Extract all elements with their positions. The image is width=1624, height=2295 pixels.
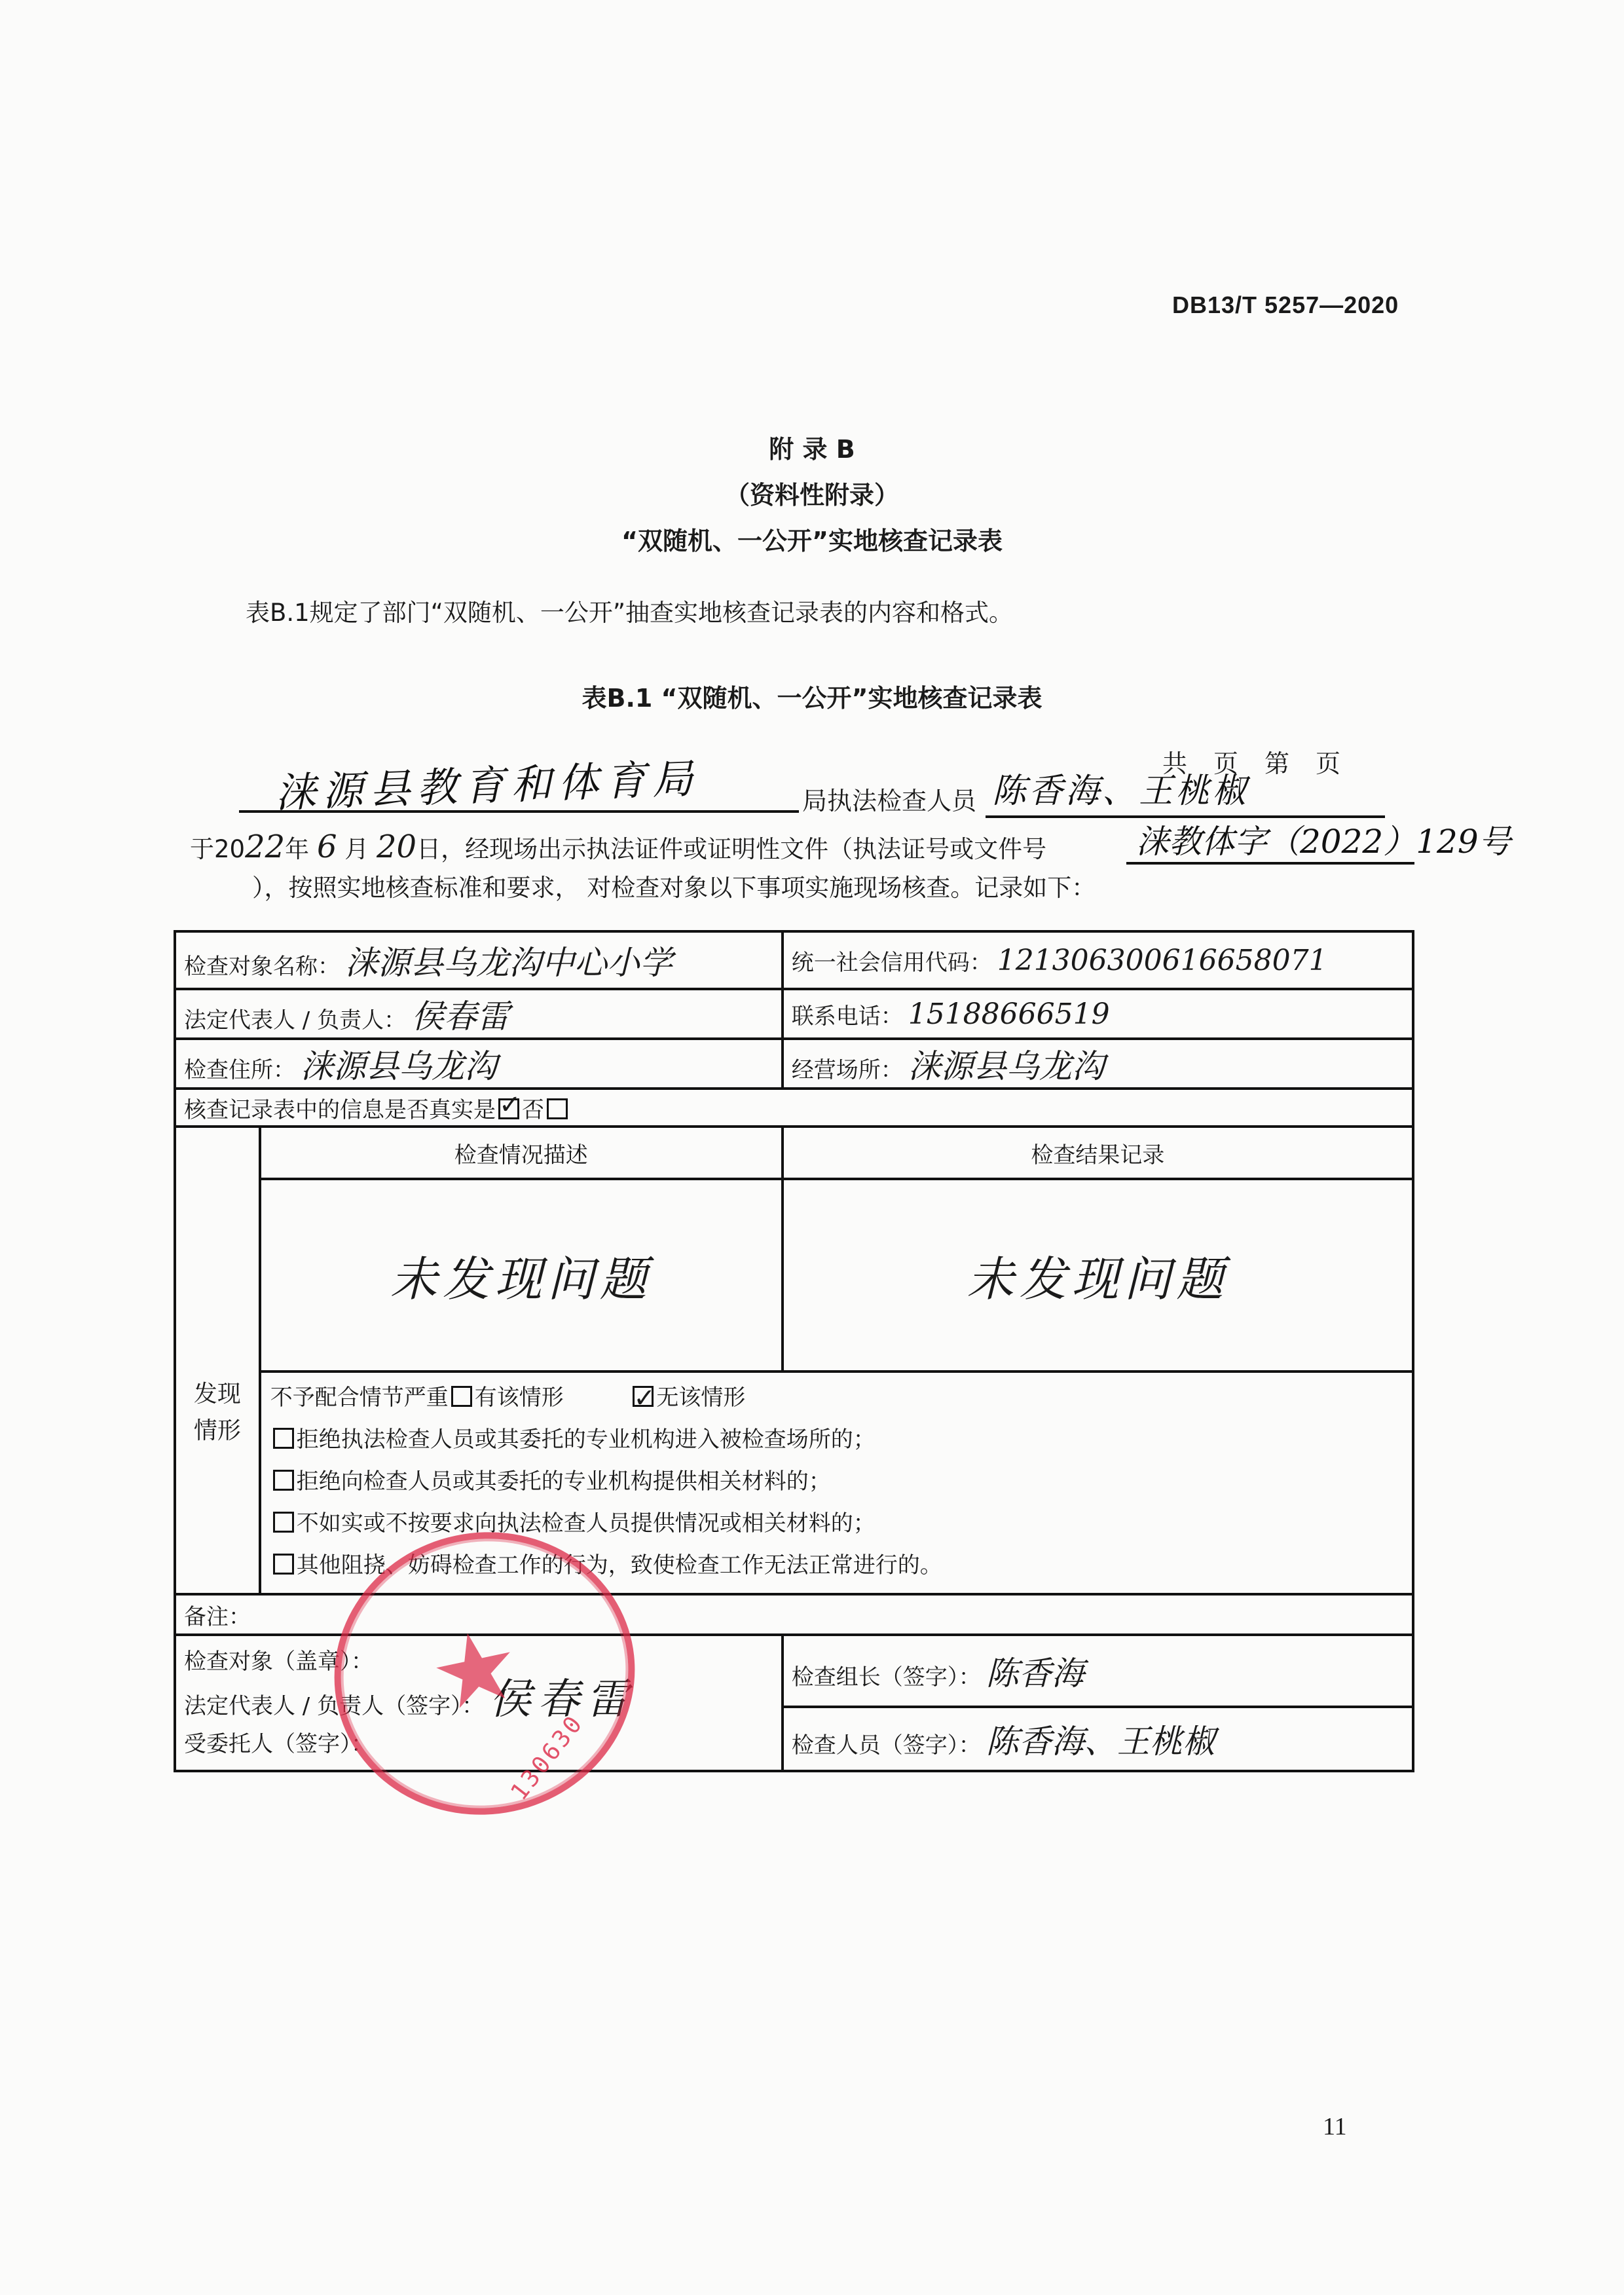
noncoop-none-label: 无该情形: [656, 1385, 745, 1411]
address-label: 检查住所：: [184, 1057, 295, 1083]
table-row: 核查记录表中的信息是否真实是否: [175, 1089, 1413, 1127]
business-place-cell[interactable]: 经营场所：涞源县乌龙沟: [783, 1039, 1413, 1089]
legal-rep-value: 侯春雷: [411, 998, 509, 1036]
table-row: 未发现问题 未发现问题: [175, 1179, 1413, 1371]
sig-subject-label: 检查对象（盖章）：: [184, 1643, 773, 1681]
condition-checkbox[interactable]: [273, 1554, 294, 1575]
noncoop-prefix: 不予配合情节严重: [270, 1385, 449, 1411]
condition-item: 其他阻挠、妨碍检查工作的行为，致使检查工作无法正常进行的。: [270, 1544, 1403, 1586]
inspectors-signature-cell[interactable]: 检查人员（签字）：陈香海、王桃椒: [783, 1707, 1413, 1771]
phone-label: 联系电话：: [792, 1003, 903, 1030]
found-label-2: 情形: [184, 1413, 251, 1449]
page-label-2: 页: [1316, 749, 1344, 778]
remarks-label: 备注：: [184, 1604, 251, 1630]
subject-name-label: 检查对象名称：: [184, 954, 340, 980]
truth-check-cell: 核查记录表中的信息是否真实是否: [175, 1089, 1413, 1127]
cert-number-handwritten: 涞教体字（2022）129号: [1136, 815, 1511, 863]
result-value[interactable]: 未发现问题: [783, 1179, 1413, 1371]
condition-checkbox[interactable]: [273, 1470, 294, 1491]
page-number: 11: [1323, 2112, 1347, 2141]
standard-code: DB13/T 5257—2020: [1172, 291, 1399, 319]
table-row: 检查对象（盖章）： 法定代表人 / 负责人（签字）：侯春雷 受委托人（签字）： …: [175, 1635, 1413, 1707]
business-place-value: 涞源县乌龙沟: [908, 1047, 1105, 1085]
address-cell[interactable]: 检查住所：涞源县乌龙沟: [175, 1039, 783, 1089]
month-handwritten[interactable]: 6: [317, 829, 337, 865]
table-row: 备注：: [175, 1594, 1413, 1635]
subject-name-value: 涞源县乌龙沟中心小学: [345, 944, 673, 982]
nth-label: 第: [1264, 749, 1293, 778]
year-handwritten[interactable]: 22: [245, 829, 285, 865]
credit-code-label: 统一社会信用代码：: [792, 950, 992, 976]
found-situation-label: 发现 情形: [175, 1127, 260, 1594]
condition-text: 不如实或不按要求向执法检查人员提供情况或相关材料的；: [297, 1510, 876, 1537]
inspection-form-table: 检查对象名称：涞源县乌龙沟中心小学 统一社会信用代码：1213063006166…: [174, 930, 1414, 1772]
sig-leader-value: 陈香海: [986, 1654, 1084, 1692]
condition-item: 拒绝执法检查人员或其委托的专业机构进入被检查场所的；: [270, 1419, 1403, 1461]
credit-code-value: 121306300616658071: [997, 944, 1327, 977]
date-prefix: 于20: [190, 835, 245, 863]
condition-item: 不如实或不按要求向执法检查人员提供情况或相关材料的；: [270, 1502, 1403, 1544]
condition-text: 其他阻挠、妨碍检查工作的行为，致使检查工作无法正常进行的。: [297, 1552, 942, 1578]
truth-no-checkbox[interactable]: [547, 1098, 568, 1119]
sig-trustee-label: 受委托人（签字）：: [184, 1725, 773, 1763]
condition-text: 拒绝向检查人员或其委托的专业机构提供相关材料的；: [297, 1468, 831, 1495]
credit-code-cell[interactable]: 统一社会信用代码：121306300616658071: [783, 931, 1413, 989]
sig-inspectors-label: 检查人员（签字）：: [792, 1732, 981, 1759]
truth-yes-checkbox[interactable]: [498, 1098, 519, 1119]
noncoop-line: 不予配合情节严重有该情形 无该情形: [270, 1377, 1403, 1419]
subject-name-cell[interactable]: 检查对象名称：涞源县乌龙沟中心小学: [175, 931, 783, 989]
business-place-label: 经营场所：: [792, 1057, 903, 1083]
address-value: 涞源县乌龙沟: [301, 1047, 497, 1085]
condition-text: 拒绝执法检查人员或其委托的专业机构进入被检查场所的；: [297, 1427, 876, 1453]
noncooperation-cell: 不予配合情节严重有该情形 无该情形 拒绝执法检查人员或其委托的专业机构进入被检查…: [260, 1371, 1413, 1594]
phone-value: 15188666519: [908, 998, 1110, 1031]
noncoop-none-checkbox[interactable]: [633, 1386, 654, 1407]
desc-header: 检查情况描述: [260, 1127, 783, 1179]
table-row: 检查对象名称：涞源县乌龙沟中心小学 统一社会信用代码：1213063006166…: [175, 931, 1413, 989]
table-row: 法定代表人 / 负责人：侯春雷 联系电话：15188666519: [175, 989, 1413, 1039]
subject-signature-cell[interactable]: 检查对象（盖章）： 法定代表人 / 负责人（签字）：侯春雷 受委托人（签字）：: [175, 1635, 783, 1771]
intro-text: 表B.1规定了部门“双随机、一公开”抽查实地核查记录表的内容和格式。: [246, 593, 1013, 628]
legal-rep-cell[interactable]: 法定代表人 / 负责人：侯春雷: [175, 989, 783, 1039]
noncoop-has-checkbox[interactable]: [451, 1386, 472, 1407]
noncoop-has-label: 有该情形: [475, 1385, 564, 1411]
remarks-cell[interactable]: 备注：: [175, 1594, 1413, 1635]
table-title: 表B.1 “双随机、一公开”实地核查记录表: [0, 678, 1624, 714]
condition-checkbox[interactable]: [273, 1428, 294, 1449]
condition-item: 拒绝向检查人员或其委托的专业机构提供相关材料的；: [270, 1461, 1403, 1502]
sig-legal-label: 法定代表人 / 负责人（签字）：: [184, 1693, 484, 1719]
preamble-line-3: ），按照实地核查标准和要求， 对检查对象以下事项实施现场核查。记录如下：: [252, 868, 1096, 903]
month-label: 月: [344, 835, 369, 863]
day-handwritten[interactable]: 20: [377, 829, 416, 865]
appendix-type: （资料性附录）: [0, 475, 1624, 511]
date-suffix: 日，经现场出示执法证件或证明性文件（执法证号或文件号: [416, 835, 1046, 863]
table-row: 发现 情形 检查情况描述 检查结果记录: [175, 1127, 1413, 1179]
appendix-title: “双随机、一公开”实地核查记录表: [0, 521, 1624, 557]
sig-inspectors-value: 陈香海、王桃椒: [986, 1723, 1215, 1761]
desc-value[interactable]: 未发现问题: [260, 1179, 783, 1371]
inspector-handwritten: 陈香海、王桃椒: [992, 763, 1249, 812]
truth-no-label: 否: [522, 1097, 544, 1123]
phone-cell[interactable]: 联系电话：15188666519: [783, 989, 1413, 1039]
table-row: 检查住所：涞源县乌龙沟 经营场所：涞源县乌龙沟: [175, 1039, 1413, 1089]
table-row: 不予配合情节严重有该情形 无该情形 拒绝执法检查人员或其委托的专业机构进入被检查…: [175, 1371, 1413, 1594]
date-line: 于2022年 6 月 20日，经现场出示执法证件或证明性文件（执法证号或文件号: [190, 829, 1046, 865]
sig-legal-line: 法定代表人 / 负责人（签字）：侯春雷: [184, 1681, 773, 1725]
appendix-heading: 附 录 B: [0, 429, 1624, 465]
condition-checkbox[interactable]: [273, 1512, 294, 1533]
sig-leader-label: 检查组长（签字）：: [792, 1664, 981, 1690]
legal-rep-label: 法定代表人 / 负责人：: [184, 1007, 406, 1034]
inspector-label: 局执法检查人员: [802, 781, 976, 817]
found-label-1: 发现: [184, 1376, 251, 1413]
year-label: 年: [285, 835, 309, 863]
result-header: 检查结果记录: [783, 1127, 1413, 1179]
truth-question: 核查记录表中的信息是否真实是: [184, 1097, 496, 1123]
leader-signature-cell[interactable]: 检查组长（签字）：陈香海: [783, 1635, 1413, 1707]
sig-legal-value: 侯春雷: [489, 1675, 635, 1724]
